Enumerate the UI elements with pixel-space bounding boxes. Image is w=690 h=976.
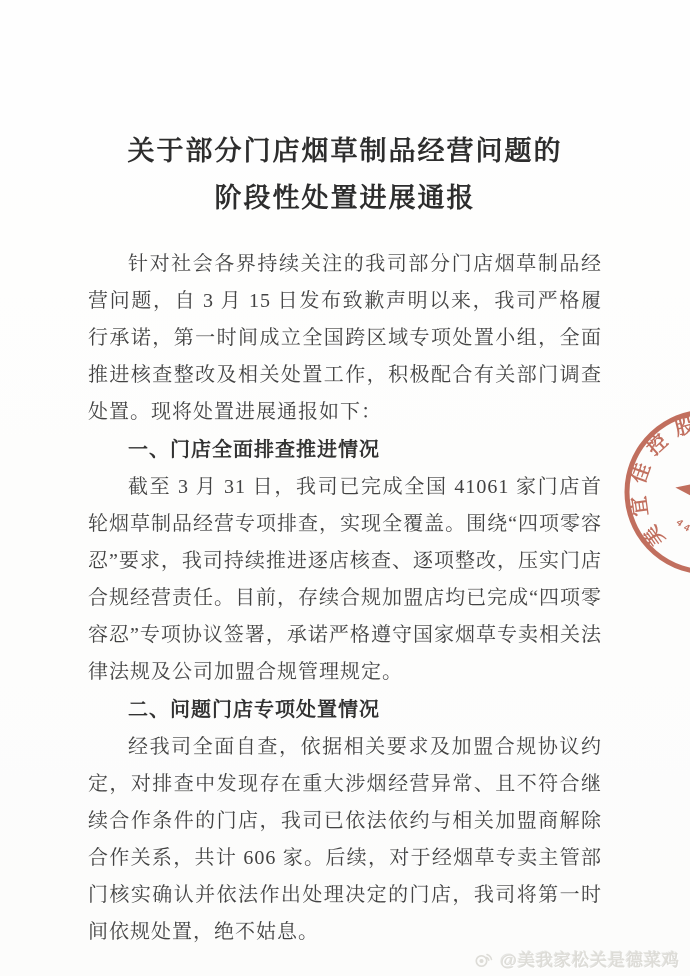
title-line-1: 关于部分门店烟草制品经营问题的 bbox=[40, 128, 650, 175]
paragraph-section-1: 截至 3 月 31 日，我司已完成全国 41061 家门店首轮烟草制品经营专项排… bbox=[88, 469, 602, 691]
svg-text:441905201: 441905201 bbox=[673, 505, 690, 545]
document-title: 关于部分门店烟草制品经营问题的 阶段性处置进展通报 bbox=[40, 128, 650, 222]
official-seal-icon: 美宜佳控股有限公司 441905201 bbox=[591, 376, 690, 608]
seal-serial-number: 441905201 bbox=[673, 505, 690, 545]
section-heading-2: 二、问题门店专项处置情况 bbox=[88, 691, 602, 729]
paragraph-section-2: 经我司全面自查，依据相关要求及加盟合规协议约定，对排查中发现存在重大涉烟经营异常… bbox=[88, 729, 602, 951]
scanned-notice-page: 关于部分门店烟草制品经营问题的 阶段性处置进展通报 针对社会各界持续关注的我司部… bbox=[0, 0, 690, 976]
weibo-watermark: @美我家松关是德菜鸡 bbox=[473, 946, 680, 971]
section-heading-1: 一、门店全面排查推进情况 bbox=[88, 431, 602, 469]
title-line-2: 阶段性处置进展通报 bbox=[40, 175, 650, 222]
document-body: 针对社会各界持续关注的我司部分门店烟草制品经营问题，自 3 月 15 日发布致歉… bbox=[88, 246, 602, 951]
watermark-text: @美我家松关是德菜鸡 bbox=[500, 946, 680, 971]
svg-text:美宜佳控股有限公司: 美宜佳控股有限公司 bbox=[613, 398, 690, 554]
weibo-logo-icon bbox=[473, 950, 495, 968]
paragraph-intro: 针对社会各界持续关注的我司部分门店烟草制品经营问题，自 3 月 15 日发布致歉… bbox=[88, 246, 602, 431]
seal-star-icon bbox=[672, 455, 690, 523]
seal-company-text: 美宜佳控股有限公司 bbox=[613, 398, 690, 554]
